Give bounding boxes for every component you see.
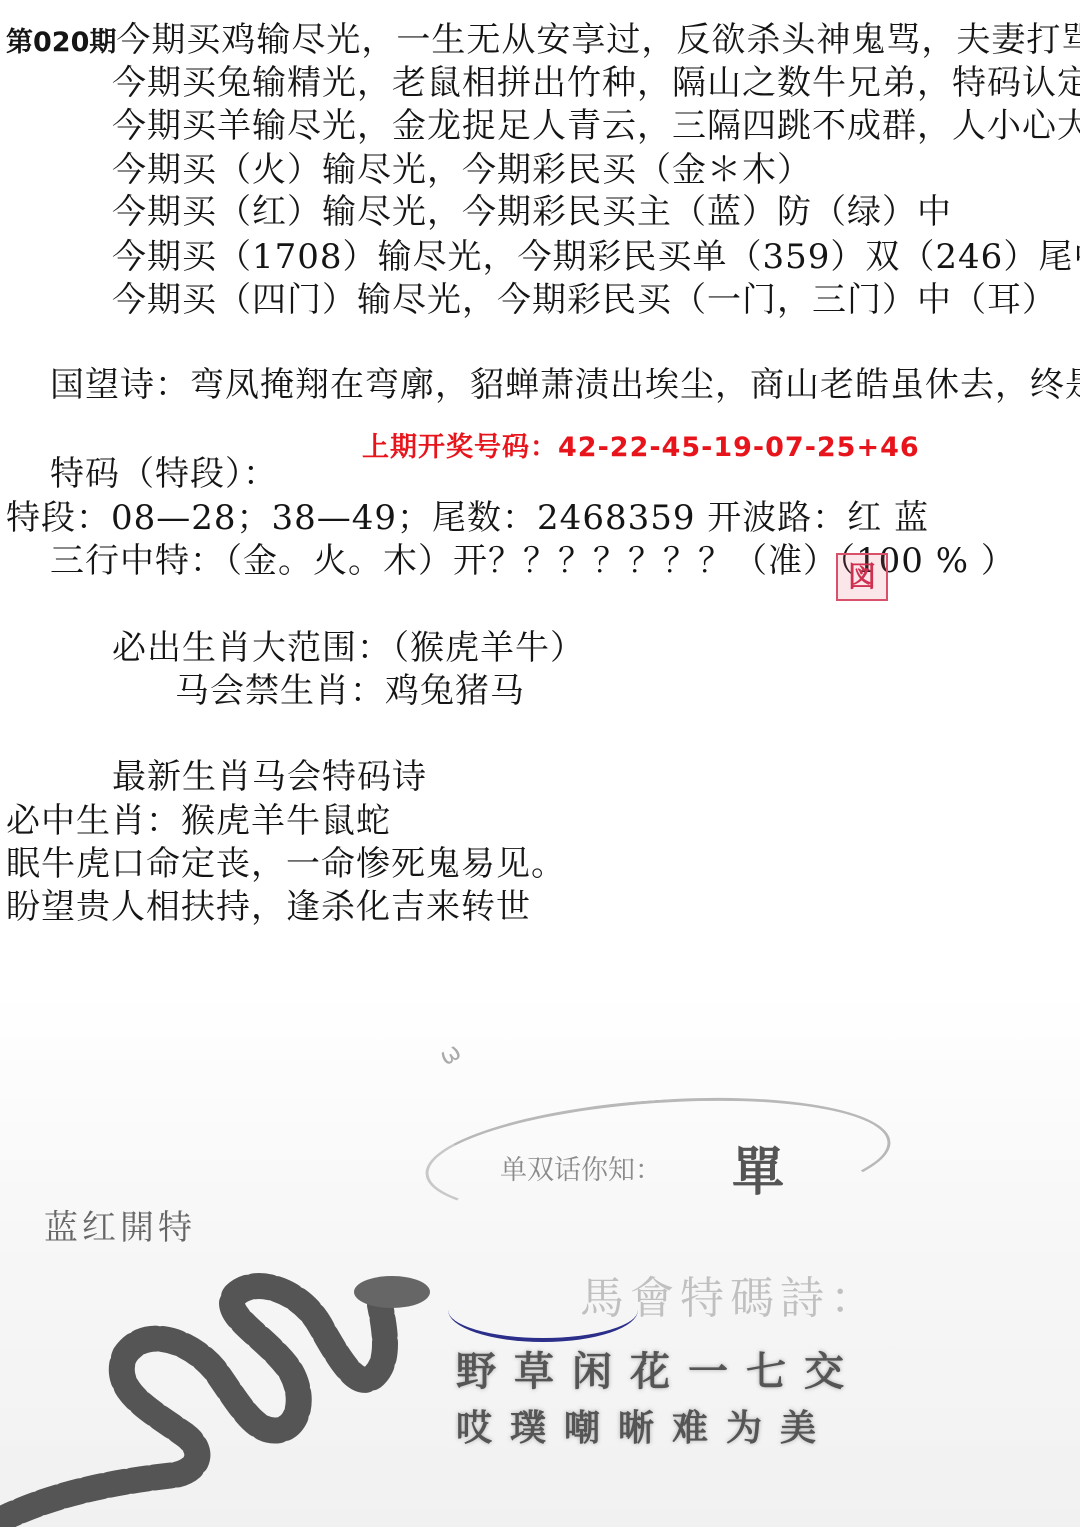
header-line-4: 今期买（火）输尽光，今期彩民买（金＊木） [112,150,812,190]
last-draw-result: 上期开奖号码：42-22-45-19-07-25+46 [362,428,920,468]
header-verse-1: 今期买鸡输尽光，一生无从安享过，反欲杀头神鬼骂，夫妻打骂是斗嘴。 [116,20,1080,60]
zodiac-banned: 马会禁生肖：鸡兔猪马 [175,671,525,711]
header-line-2: 今期买兔输精光，老鼠相拼出竹种，隔山之数牛兄弟，特码认定三有钱。 [112,63,1080,103]
blue-arc-decoration [448,1278,638,1342]
must-zodiac: 必中生肖：猴虎羊牛鼠蛇 [6,801,391,841]
header-line-6: 今期买（1708）输尽光，今期彩民买单（359）双（246）尾中 [112,237,1080,277]
poem-line-1: 眠牛虎口命定丧，一命惨死鬼易见。 [6,844,566,884]
guowang-poem: 国望诗：弯凤掩翔在弯廓，貂蝉萧渍出埃尘，商山老皓虽休去，终是留候门下人。 [50,365,1080,405]
issue-number: 第020期 [6,27,116,58]
header-line-5: 今期买（红）输尽光，今期彩民买主（蓝）防（绿）中 [112,192,952,232]
last-draw-label: 上期开奖号码： [362,432,558,463]
mahui-poem-line-2: 哎璞嘲晰难为美 [456,1400,834,1451]
header-line-1: 第020期今期买鸡输尽光，一生无从安享过，反欲杀头神鬼骂，夫妻打骂是斗嘴。 [6,20,1080,63]
snake-illustration [0,1270,440,1527]
red-seal-stamp: 図 [836,553,888,601]
special-segments: 特段：08—28；38—49；尾数：2468359 开波路：红 蓝 [6,498,929,538]
zodiac-range: 必出生肖大范围：（猴虎羊牛） [112,628,585,668]
latest-poem-title: 最新生肖马会特码诗 [112,757,427,797]
last-draw-numbers: 42-22-45-19-07-25+46 [558,432,920,463]
odd-even-answer: 單 [732,1130,784,1205]
header-line-3: 今期买羊输尽光，金龙捉足人青云，三隔四跳不成群，人小心大霸天下。 [112,106,1080,146]
blue-red-label: 蓝红開特 [44,1200,196,1249]
odd-even-label: 单双话你知： [500,1148,662,1187]
poem-line-2: 盼望贵人相扶持，逢杀化吉来转世 [6,887,531,927]
header-line-7: 今期买（四门）输尽光，今期彩民买（一门，三门）中（耳） [112,280,1057,320]
special-title: 特码（特段）： [50,454,278,494]
mahui-poem-line-1: 野草闲花一七交 [456,1340,862,1397]
